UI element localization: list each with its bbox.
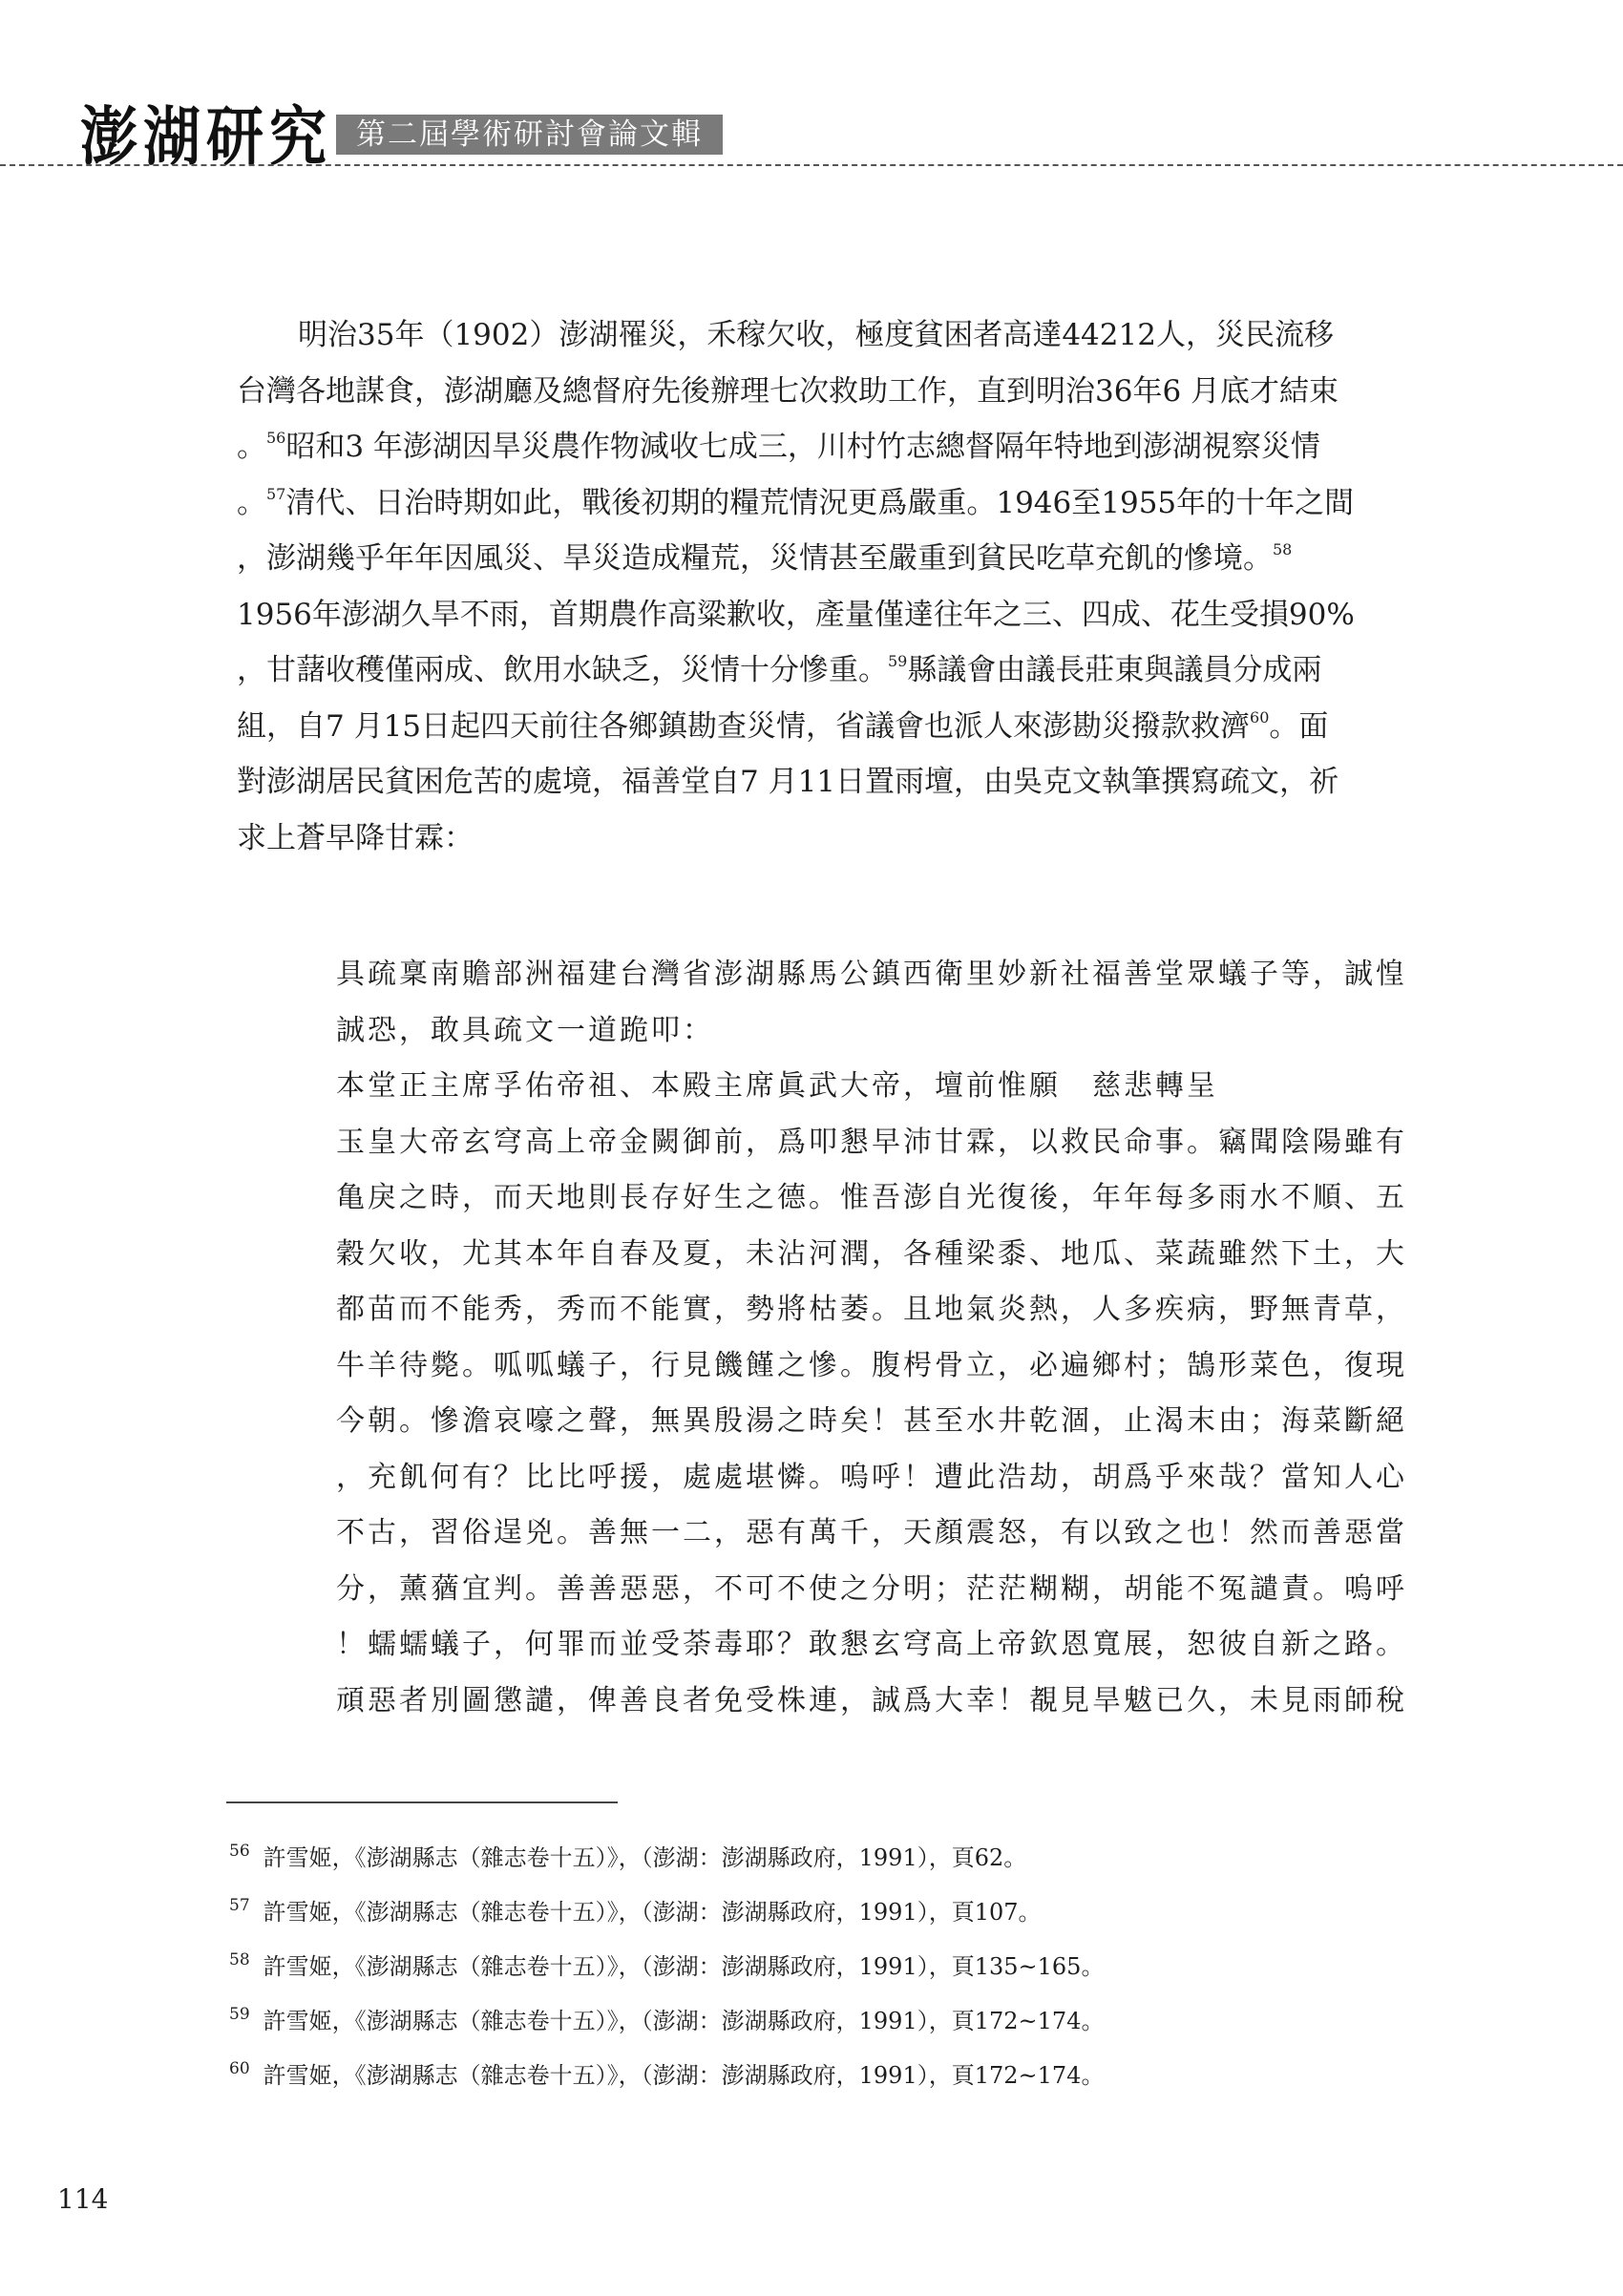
body-line-5: ，澎湖幾乎年年因風災、旱災造成糧荒，災情甚至嚴重到貧民吃草充飢的慘境。58 [237,531,1489,587]
body-line-1: 明治35年（1902）澎湖罹災，禾稼欠收，極度貧困者高達44212人，災民流移 [237,307,1489,364]
quote-line: 誠恐，敢具疏文一道跪叩： [336,1003,1491,1060]
body-line-7: ，甘藷收穫僅兩成、飲用水缺乏，災情十分慘重。59縣議會由議長莊東與議員分成兩 [237,642,1489,699]
line-prefix: 。 [237,430,266,464]
line-prefix: 組，自7 月15日起四天前往各鄉鎮勘查災情，省議會也派人來澎勘災撥款救濟 [237,709,1250,744]
footnote-number: 56 [229,1842,250,1861]
footnote-number: 59 [229,2005,250,2024]
body-line-2: 台灣各地謀食，澎湖廳及總督府先後辦理七次救助工作，直到明治36年6 月底才結束 [237,364,1489,420]
footnote-ref-59[interactable]: 59 [888,652,907,670]
quote-line: 今朝。慘澹哀嚎之聲，無異殷湯之時矣！甚至水井乾涸，止渴末由；海菜斷絕 [336,1394,1491,1450]
line-text: 縣議會由議長莊東與議員分成兩 [907,653,1321,687]
line-prefix: ，甘藷收穫僅兩成、飲用水缺乏，災情十分慘重。 [237,653,888,687]
quote-line: 都苗而不能秀，秀而不能實，勢將枯萎。且地氣炎熱，人多疾病，野無青草， [336,1282,1491,1338]
body-line-6: 1956年澎湖久旱不雨，首期農作高粱歉收，產量僅達往年之三、四成、花生受損90% [237,587,1489,643]
footnote-59: 59許雪姬，《澎湖縣志（雜志卷十五）》，（澎湖：澎湖縣政府，1991），頁172… [229,1994,1104,2049]
footnote-text: 許雪姬，《澎湖縣志（雜志卷十五）》，（澎湖：澎湖縣政府，1991），頁172~1… [263,2062,1105,2089]
body-line-9: 對澎湖居民貧困危苦的處境，福善堂自7 月11日置雨壇，由吳克文執筆撰寫疏文，祈 [237,754,1489,811]
footnote-number: 58 [229,1950,250,1970]
block-quote-petition: 具疏稟南贍部洲福建台灣省澎湖縣馬公鎮西衛里妙新社福善堂眾蟻子等，誠惶 誠恐，敢具… [336,947,1491,1729]
line-text: 求上蒼早降甘霖： [237,821,474,855]
quote-line: 具疏稟南贍部洲福建台灣省澎湖縣馬公鎮西衛里妙新社福善堂眾蟻子等，誠惶 [336,947,1491,1003]
body-paragraph: 明治35年（1902）澎湖罹災，禾稼欠收，極度貧困者高達44212人，災民流移 … [237,307,1489,866]
line-text: 對澎湖居民貧困危苦的處境，福善堂自7 月11日置雨壇，由吳克文執筆撰寫疏文，祈 [237,765,1338,799]
body-line-4: 。57清代、日治時期如此，戰後初期的糧荒情況更爲嚴重。1946至1955年的十年… [237,475,1489,532]
quote-line: 分，薰蕕宜判。善善惡惡，不可不使之分明；茫茫糊糊，胡能不冤譴責。嗚呼 [336,1562,1491,1618]
footnote-ref-57[interactable]: 57 [266,485,285,503]
quote-line: 玉皇大帝玄穹高上帝金闕御前，爲叩懇早沛甘霖，以救民命事。竊聞陰陽雖有 [336,1115,1491,1171]
footnote-ref-60[interactable]: 60 [1250,708,1269,727]
line-text: 1956年澎湖久旱不雨，首期農作高粱歉收，產量僅達往年之三、四成、花生受損90% [237,598,1355,632]
line-prefix: 。 [237,486,266,520]
journal-subtitle-badge: 第二屆學術研討會論文輯 [336,115,723,155]
line-text: ，澎湖幾乎年年因風災、旱災造成糧荒，災情甚至嚴重到貧民吃草充飢的慘境。 [237,541,1273,576]
quote-line: 亀戾之時，而天地則長存好生之德。惟吾澎自光復後，年年每多雨水不順、五 [336,1170,1491,1227]
footnote-ref-56[interactable]: 56 [266,429,285,447]
footnotes-list: 56許雪姬，《澎湖縣志（雜志卷十五）》，（澎湖：澎湖縣政府，1991），頁62。… [229,1831,1104,2103]
footnote-number: 60 [229,2059,250,2078]
footnote-text: 許雪姬，《澎湖縣志（雜志卷十五）》，（澎湖：澎湖縣政府，1991），頁107。 [263,1899,1042,1926]
line-text: 昭和3 年澎湖因旱災農作物減收七成三，川村竹志總督隔年特地到澎湖視察災情 [285,430,1320,464]
page-number: 114 [57,2182,108,2217]
quote-line: 頑惡者別圖懲譴，俾善良者免受株連，誠爲大幸！覩見旱魃已久，未見雨師稅 [336,1674,1491,1730]
body-line-3: 。56昭和3 年澎湖因旱災農作物減收七成三，川村竹志總督隔年特地到澎湖視察災情 [237,419,1489,475]
footnote-text: 許雪姬，《澎湖縣志（雜志卷十五）》，（澎湖：澎湖縣政府，1991），頁135~1… [263,1953,1105,1980]
header-dashed-divider [0,164,1623,166]
footnote-number: 57 [229,1896,250,1915]
footnote-60: 60許雪姬，《澎湖縣志（雜志卷十五）》，（澎湖：澎湖縣政府，1991），頁172… [229,2049,1104,2103]
footnote-text: 許雪姬，《澎湖縣志（雜志卷十五）》，（澎湖：澎湖縣政府，1991），頁62。 [263,1844,1027,1871]
quote-line: 不古，習俗逞兇。善無一二，惡有萬千，天顏震怒，有以致之也！然而善惡當 [336,1506,1491,1562]
quote-line: ，充飢何有？比比呼援，處處堪憐。嗚呼！遭此浩劫，胡爲乎來哉？當知人心 [336,1450,1491,1506]
footnote-58: 58許雪姬，《澎湖縣志（雜志卷十五）》，（澎湖：澎湖縣政府，1991），頁135… [229,1940,1104,1994]
footnote-ref-58[interactable]: 58 [1273,540,1292,558]
quote-line: 本堂正主席孚佑帝祖、本殿主席眞武大帝，壇前惟願 慈悲轉呈 [336,1059,1491,1115]
footnote-57: 57許雪姬，《澎湖縣志（雜志卷十五）》，（澎湖：澎湖縣政府，1991），頁107… [229,1885,1104,1940]
body-line-10: 求上蒼早降甘霖： [237,811,1489,867]
footnote-divider [226,1801,618,1803]
body-line-8: 組，自7 月15日起四天前往各鄉鎮勘查災情，省議會也派人來澎勘災撥款救濟60。面 [237,699,1489,755]
line-text: 台灣各地謀食，澎湖廳及總督府先後辦理七次救助工作，直到明治36年6 月底才結束 [237,374,1338,409]
quote-line: 穀欠收，尤其本年自春及夏，未沾河潤，各種梁黍、地瓜、菜蔬雖然下土，大 [336,1227,1491,1283]
quote-line: 牛羊待斃。呱呱蟻子，行見饑饉之慘。腹枵骨立，必遍鄉村；鵠形菜色，復現 [336,1338,1491,1395]
line-text: 清代、日治時期如此，戰後初期的糧荒情況更爲嚴重。1946至1955年的十年之間 [285,486,1354,520]
line-text: 明治35年（1902）澎湖罹災，禾稼欠收，極度貧困者高達44212人，災民流移 [298,318,1334,352]
footnote-text: 許雪姬，《澎湖縣志（雜志卷十五）》，（澎湖：澎湖縣政府，1991），頁172~1… [263,2008,1105,2034]
line-text: 。面 [1269,709,1328,744]
footnote-56: 56許雪姬，《澎湖縣志（雜志卷十五）》，（澎湖：澎湖縣政府，1991），頁62。 [229,1831,1104,1885]
quote-line: ！蠕蠕蟻子，何罪而並受荼毒耶？敢懇玄穹高上帝欽恩寬展，恕彼自新之路。 [336,1617,1491,1674]
